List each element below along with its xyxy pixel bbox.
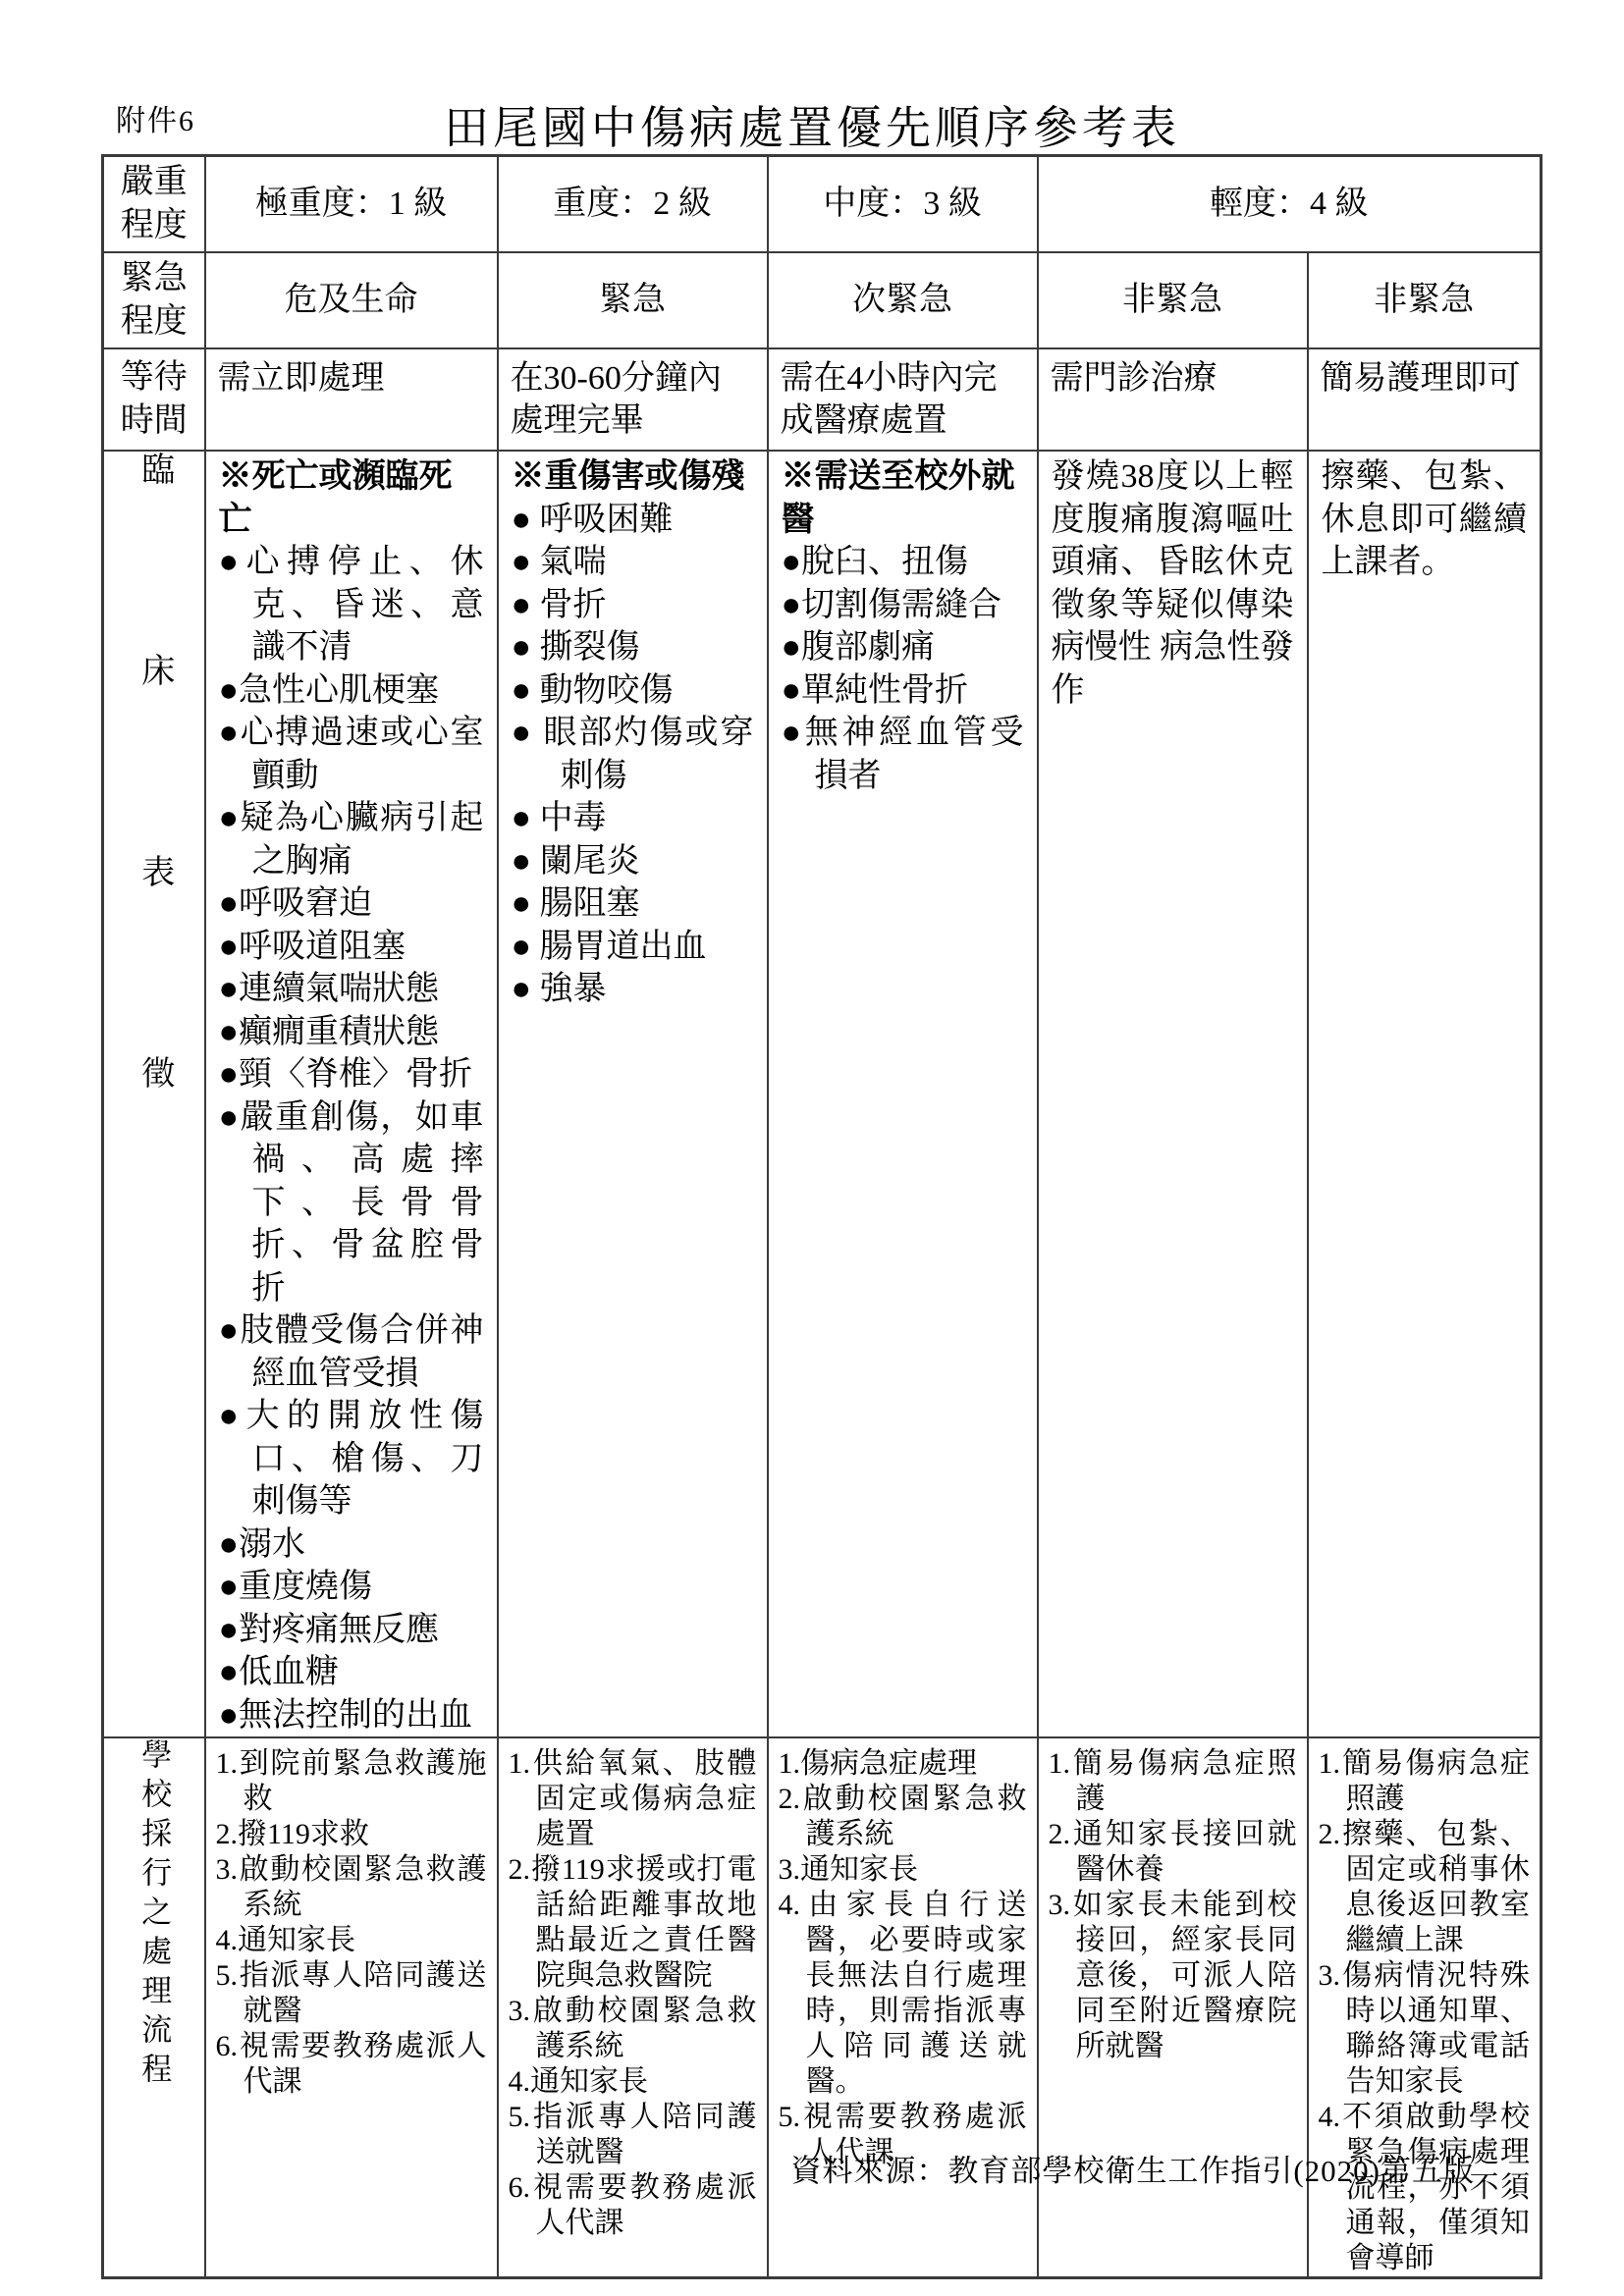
clinical-col3-header: ※需送至校外就醫 <box>782 455 1024 541</box>
bullet-item: ●切割傷需縫合 <box>782 584 1024 627</box>
clinical-col3-cell: ※需送至校外就醫 ●脫臼、扭傷 ●切割傷需縫合 ●腹部劇痛 ●單純性骨折 ●無神… <box>768 451 1038 1737</box>
bullet-item: ● 中毒 <box>512 797 754 840</box>
clinical-col2-header: ※重傷害或傷殘 <box>512 455 754 499</box>
urgency-cell-5: 非緊急 <box>1308 252 1542 348</box>
bullet-item: ●無法控制的出血 <box>219 1694 484 1737</box>
wait-time-row: 等待時間 需立即處理 在30-60分鐘內處理完畢 需在4小時內完成醫療處置 需門… <box>103 348 1542 451</box>
bullet-item: ● 強暴 <box>512 968 754 1011</box>
source-note: 資料來源：教育部學校衛生工作指引(2020)第五版 <box>790 2146 1475 2190</box>
numbered-item: 3.啟動校園緊急救護系統 <box>216 1852 487 1923</box>
numbered-item: 6.視需要教務處派人代課 <box>216 2029 487 2100</box>
wait-cell-4: 需門診治療 <box>1038 348 1308 451</box>
bullet-item: ●肢體受傷合併神經血管受損 <box>219 1309 484 1395</box>
bullet-item: ● 腸阻塞 <box>512 882 754 926</box>
clinical-signs-row: 臨床表徵 ※死亡或瀕臨死亡 ●心搏停止、休克、昏迷、意識不清 ●急性心肌梗塞 ●… <box>103 451 1542 1737</box>
clinical-row-label-wrap: 臨床表徵 <box>104 452 204 1089</box>
clinical-col4-text: 發燒38度以上輕度腹痛腹瀉嘔吐頭痛、昏眩休克徵象等疑似傳染病慢性 病急性發作 <box>1052 455 1294 712</box>
urgency-cell-4: 非緊急 <box>1038 252 1308 348</box>
numbered-item: 2.啟動校園緊急救護系統 <box>779 1782 1027 1852</box>
numbered-item: 4.通知家長 <box>509 2064 757 2100</box>
bullet-item: ●連續氣喘狀態 <box>219 968 484 1011</box>
bullet-item: ●大的開放性傷口、槍傷、刀刺傷等 <box>219 1395 484 1523</box>
bullet-item: ●對疼痛無反應 <box>219 1609 484 1652</box>
bullet-item: ● 呼吸困難 <box>512 499 754 542</box>
bullet-item: ●重度燒傷 <box>219 1566 484 1609</box>
bullet-item: ●低血糖 <box>219 1651 484 1694</box>
process-col1-cell: 1.到院前緊急救護施救 2.撥119求救 3.啟動校園緊急救護系統 4.通知家長… <box>205 1737 498 2278</box>
bullet-item: ● 氣喘 <box>512 541 754 584</box>
clinical-col1-header: ※死亡或瀕臨死亡 <box>219 455 484 541</box>
clinical-col2-cell: ※重傷害或傷殘 ● 呼吸困難 ● 氣喘 ● 骨折 ● 撕裂傷 ● 動物咬傷 ● … <box>498 451 768 1737</box>
clinical-col4-cell: 發燒38度以上輕度腹痛腹瀉嘔吐頭痛、昏眩休克徵象等疑似傳染病慢性 病急性發作 <box>1038 451 1308 1737</box>
bullet-item: ● 闌尾炎 <box>512 840 754 883</box>
numbered-item: 5.指派專人陪同護送就醫 <box>216 1958 487 2029</box>
bullet-item: ● 動物咬傷 <box>512 669 754 713</box>
numbered-item: 2.擦藥、包紮、固定或稍事休息後返回教室繼續上課 <box>1319 1817 1531 1958</box>
triage-reference-table: 嚴重程度 極重度：1 級 重度：2 級 中度：3 級 輕度：4 級 緊急程度 危… <box>101 154 1543 2279</box>
urgency-cell-3: 次緊急 <box>768 252 1038 348</box>
clinical-col1-cell: ※死亡或瀕臨死亡 ●心搏停止、休克、昏迷、意識不清 ●急性心肌梗塞 ●心搏過速或… <box>205 451 498 1737</box>
numbered-item: 1.簡易傷病急症照護 <box>1049 1746 1297 1817</box>
bullet-item: ●心搏停止、休克、昏迷、意識不清 <box>219 541 484 669</box>
severity-level-3: 中度：3 級 <box>768 156 1038 253</box>
urgency-cell-1: 危及生命 <box>205 252 498 348</box>
bullet-item: ●急性心肌梗塞 <box>219 669 484 713</box>
numbered-item: 2.撥119求援或打電話給距離事故地點最近之責任醫院與急救醫院 <box>509 1852 757 1994</box>
document-page: 附件6 田尾國中傷病處置優先順序參考表 嚴重程度 極重度：1 級 重度：2 級 … <box>0 0 1624 2296</box>
numbered-item: 4.通知家長 <box>216 1923 487 1958</box>
bullet-item: ●無神經血管受損者 <box>782 712 1024 797</box>
numbered-item: 3.如家長未能到校接回，經家長同意後，可派人陪同至附近醫療院所就醫 <box>1049 1888 1297 2064</box>
process-col4-cell: 1.簡易傷病急症照護 2.通知家長接回就醫休養 3.如家長未能到校接回，經家長同… <box>1038 1737 1308 2278</box>
clinical-row-label: 臨床表徵 <box>137 452 171 1256</box>
bullet-item: ●癲癇重積狀態 <box>219 1011 484 1054</box>
bullet-item: ● 眼部灼傷或穿刺傷 <box>512 712 754 797</box>
process-row-label: 學校採行之處理流程 <box>138 1738 169 2092</box>
bullet-item: ●脫臼、扭傷 <box>782 541 1024 584</box>
numbered-item: 2.通知家長接回就醫休養 <box>1049 1817 1297 1888</box>
bullet-item: ●嚴重創傷，如車禍、高處摔下、長骨骨折、骨盆腔骨折 <box>219 1096 484 1310</box>
severity-level-2: 重度：2 級 <box>498 156 768 253</box>
severity-row-label: 嚴重程度 <box>103 156 205 253</box>
numbered-item: 1.供給氧氣、肢體固定或傷病急症處置 <box>509 1746 757 1852</box>
numbered-item: 3.啟動校園緊急救護系統 <box>509 1994 757 2064</box>
numbered-item: 3.傷病情況特殊時以通知單、聯絡簿或電話告知家長 <box>1319 1958 1531 2100</box>
bullet-item: ●頸〈脊椎〉骨折 <box>219 1053 484 1096</box>
bullet-item: ●溺水 <box>219 1523 484 1567</box>
numbered-item: 1.傷病急症處理 <box>779 1746 1027 1782</box>
wait-cell-1: 需立即處理 <box>205 348 498 451</box>
bullet-item: ●單純性骨折 <box>782 669 1024 713</box>
urgency-row-label: 緊急程度 <box>103 252 205 348</box>
clinical-col5-cell: 擦藥、包紮、休息即可繼續上課者。 <box>1308 451 1542 1737</box>
numbered-item: 1.簡易傷病急症照護 <box>1319 1746 1531 1817</box>
numbered-item: 3.通知家長 <box>779 1852 1027 1888</box>
process-row-label-cell: 學校採行之處理流程 <box>103 1737 205 2278</box>
wait-cell-3: 需在4小時內完成醫療處置 <box>768 348 1038 451</box>
numbered-item: 4.由家長自行送醫，必要時或家長無法自行處理時，則需指派專人陪同護送就醫。 <box>779 1888 1027 2100</box>
school-process-row: 學校採行之處理流程 1.到院前緊急救護施救 2.撥119求救 3.啟動校園緊急救… <box>103 1737 1542 2278</box>
bullet-item: ●呼吸道阻塞 <box>219 926 484 969</box>
bullet-item: ●疑為心臟病引起之胸痛 <box>219 797 484 882</box>
urgency-row: 緊急程度 危及生命 緊急 次緊急 非緊急 非緊急 <box>103 252 1542 348</box>
severity-level-4: 輕度：4 級 <box>1038 156 1542 253</box>
process-col3-cell: 1.傷病急症處理 2.啟動校園緊急救護系統 3.通知家長 4.由家長自行送醫，必… <box>768 1737 1038 2278</box>
bullet-item: ●呼吸窘迫 <box>219 882 484 926</box>
process-col5-cell: 1.簡易傷病急症照護 2.擦藥、包紮、固定或稍事休息後返回教室繼續上課 3.傷病… <box>1308 1737 1542 2278</box>
bullet-item: ● 骨折 <box>512 584 754 627</box>
bullet-item: ●心搏過速或心室顫動 <box>219 712 484 797</box>
severity-level-1: 極重度：1 級 <box>205 156 498 253</box>
numbered-item: 2.撥119求救 <box>216 1817 487 1852</box>
process-row-label-wrap: 學校採行之處理流程 <box>104 1738 204 2083</box>
page-title: 田尾國中傷病處置優先順序參考表 <box>0 92 1624 157</box>
wait-cell-2: 在30-60分鐘內處理完畢 <box>498 348 768 451</box>
bullet-item: ● 腸胃道出血 <box>512 926 754 969</box>
numbered-item: 5.指派專人陪同護送就醫 <box>509 2100 757 2170</box>
clinical-row-label-cell: 臨床表徵 <box>103 451 205 1737</box>
wait-row-label: 等待時間 <box>103 348 205 451</box>
wait-cell-5: 簡易護理即可 <box>1308 348 1542 451</box>
clinical-col5-text: 擦藥、包紮、休息即可繼續上課者。 <box>1322 455 1528 584</box>
severity-row: 嚴重程度 極重度：1 級 重度：2 級 中度：3 級 輕度：4 級 <box>103 156 1542 253</box>
process-col2-cell: 1.供給氧氣、肢體固定或傷病急症處置 2.撥119求援或打電話給距離事故地點最近… <box>498 1737 768 2278</box>
urgency-cell-2: 緊急 <box>498 252 768 348</box>
bullet-item: ● 撕裂傷 <box>512 626 754 669</box>
bullet-item: ●腹部劇痛 <box>782 626 1024 669</box>
numbered-item: 1.到院前緊急救護施救 <box>216 1746 487 1817</box>
numbered-item: 6.視需要教務處派人代課 <box>509 2170 757 2241</box>
